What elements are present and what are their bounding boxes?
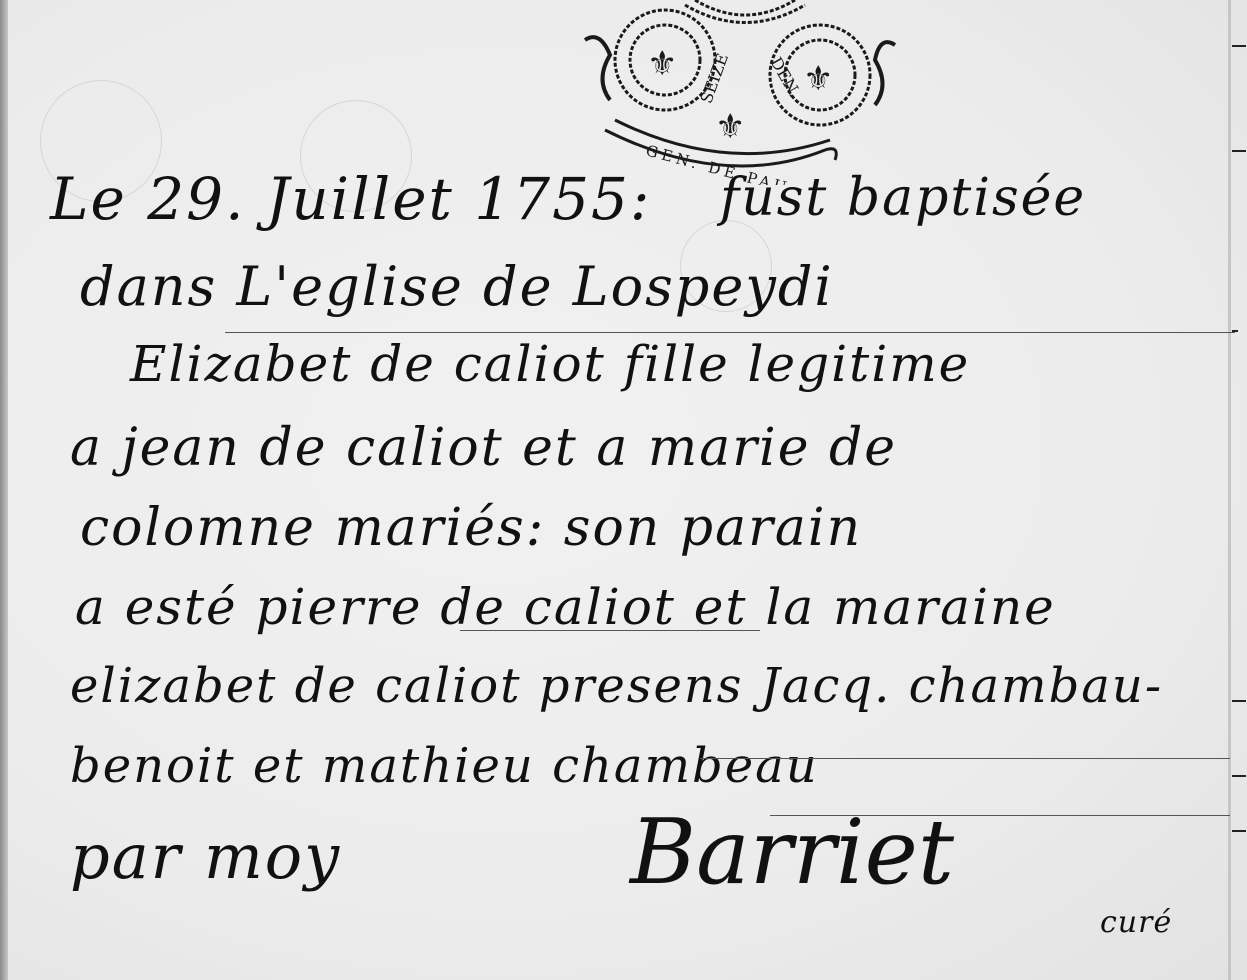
tax-stamp: ⚜ ⚜ ⚜ SEIZE DEN. GEN. DE PAU (575, 0, 915, 185)
record-line-witnesses: elizabet de caliot presens Jacq. chambau… (70, 658, 1163, 714)
ruled-line (700, 758, 1230, 759)
priest-title: curé (1100, 905, 1172, 940)
manuscript-page: ⚜ ⚜ ⚜ SEIZE DEN. GEN. DE PAU Le 29. Juil… (0, 0, 1247, 980)
ruled-line (770, 815, 1230, 816)
page-left-edge (0, 0, 8, 980)
record-line-parents: a jean de caliot et a marie de (70, 418, 897, 478)
record-line-child: Elizabet de caliot fille legitime (130, 335, 970, 393)
record-line-witnesses-cont: benoit et mathieu chambeau (70, 738, 819, 794)
record-date-line: Le 29. Juillet 1755: (50, 165, 651, 233)
fleur-de-lis-crown-icon: ⚜ ⚜ ⚜ SEIZE DEN. GEN. DE PAU (575, 0, 915, 185)
page-fold-line (1228, 0, 1231, 980)
svg-text:SEIZE: SEIZE (697, 51, 733, 106)
svg-text:⚜: ⚜ (803, 59, 833, 99)
record-line-godparents: a esté pierre de caliot et la maraine (75, 578, 1056, 636)
ruled-line (225, 332, 1235, 333)
svg-text:⚜: ⚜ (715, 107, 745, 147)
ruled-line (460, 630, 760, 631)
record-line-godfather-intro: colomne mariés: son parain (80, 498, 862, 558)
record-line-by-me: par moy (70, 820, 341, 893)
record-line-baptised: fust baptisée (720, 168, 1086, 228)
svg-text:⚜: ⚜ (647, 44, 677, 84)
record-line-church: dans L'eglise de Lospeydi (80, 255, 834, 318)
